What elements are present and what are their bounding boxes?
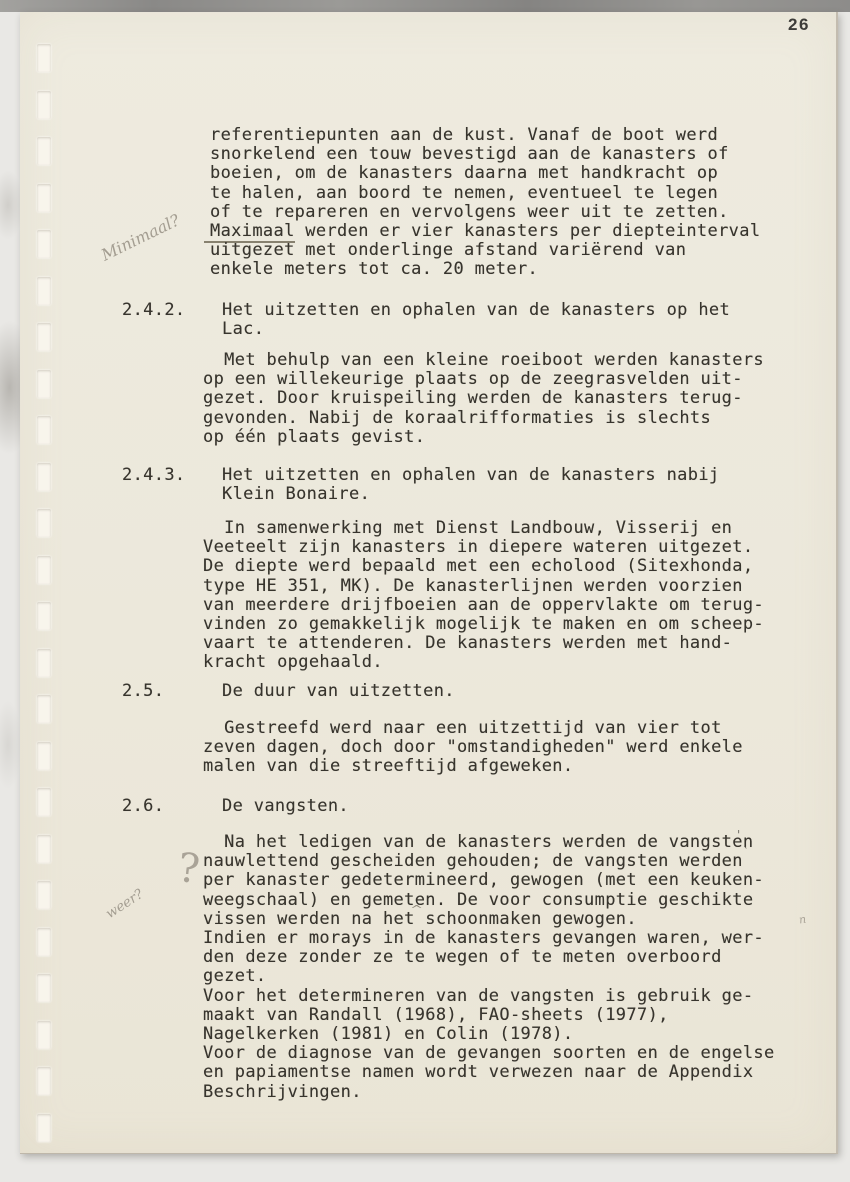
section-body-2-5: Gestreefd werd naar een uitzettijd van v…	[203, 719, 743, 777]
binding-hole	[37, 835, 51, 863]
binding-hole	[37, 695, 51, 723]
handwritten-question-mark: ?	[176, 845, 202, 893]
binding-hole	[37, 602, 51, 630]
intro-paragraph: referentiepunten aan de kust. Vanaf de b…	[210, 126, 760, 280]
handwritten-caret-mark: ^	[410, 903, 423, 916]
intro-text-before: referentiepunten aan de kust. Vanaf de b…	[210, 125, 729, 222]
binding-hole	[37, 184, 51, 212]
section-number-2-6: 2.6.	[122, 797, 164, 816]
scanned-document: { "page_number": "26", "intro_paragraph"…	[0, 0, 850, 1182]
section-number-2-5: 2.5.	[122, 682, 164, 701]
document-page: 26 referentiepunten aan de kust. Vanaf d…	[20, 12, 838, 1154]
section-body-2-6: Na het ledigen van de kanasters werden d…	[203, 833, 775, 1102]
binding-hole	[37, 1067, 51, 1095]
section-number-2-4-3: 2.4.3.	[122, 466, 186, 485]
pencil-tick-werden: `	[743, 845, 749, 859]
pencil-tick-vangsten: '	[737, 828, 740, 842]
binding-hole	[37, 928, 51, 956]
section-number-2-4-2: 2.4.2.	[122, 301, 186, 320]
section-body-2-4-3: In samenwerking met Dienst Landbouw, Vis…	[203, 519, 764, 673]
section-heading-2-4-3: Het uitzetten en ophalen van de kanaster…	[222, 466, 720, 504]
scanner-edge-strip	[0, 0, 850, 12]
section-heading-2-6: De vangsten.	[222, 797, 349, 816]
scanner-smudge	[0, 700, 22, 790]
binding-hole	[37, 1114, 51, 1142]
binding-hole	[37, 230, 51, 258]
stray-pencil-mark: n	[798, 913, 807, 927]
binding-hole	[37, 649, 51, 677]
handwritten-note-minimaal: Minimaal?	[98, 210, 183, 264]
binding-hole	[37, 742, 51, 770]
binding-hole	[37, 277, 51, 305]
page-number: 26	[788, 15, 810, 35]
binding-hole	[37, 323, 51, 351]
binding-hole	[37, 974, 51, 1002]
binding-hole	[37, 788, 51, 816]
section-heading-2-5: De duur van uitzetten.	[222, 682, 455, 701]
binding-hole	[37, 463, 51, 491]
binding-hole	[37, 1021, 51, 1049]
binding-hole	[37, 370, 51, 398]
binding-hole	[37, 509, 51, 537]
section-heading-2-4-2: Het uitzetten en ophalen van de kanaster…	[222, 301, 730, 339]
binding-hole	[37, 91, 51, 119]
section-body-2-4-2: Met behulp van een kleine roeiboot werde…	[203, 351, 764, 447]
binding-hole	[37, 44, 51, 72]
binding-hole	[37, 416, 51, 444]
binding-hole	[37, 881, 51, 909]
handwritten-note-weer: weer?	[103, 886, 146, 922]
binding-hole	[37, 137, 51, 165]
binding-hole	[37, 556, 51, 584]
